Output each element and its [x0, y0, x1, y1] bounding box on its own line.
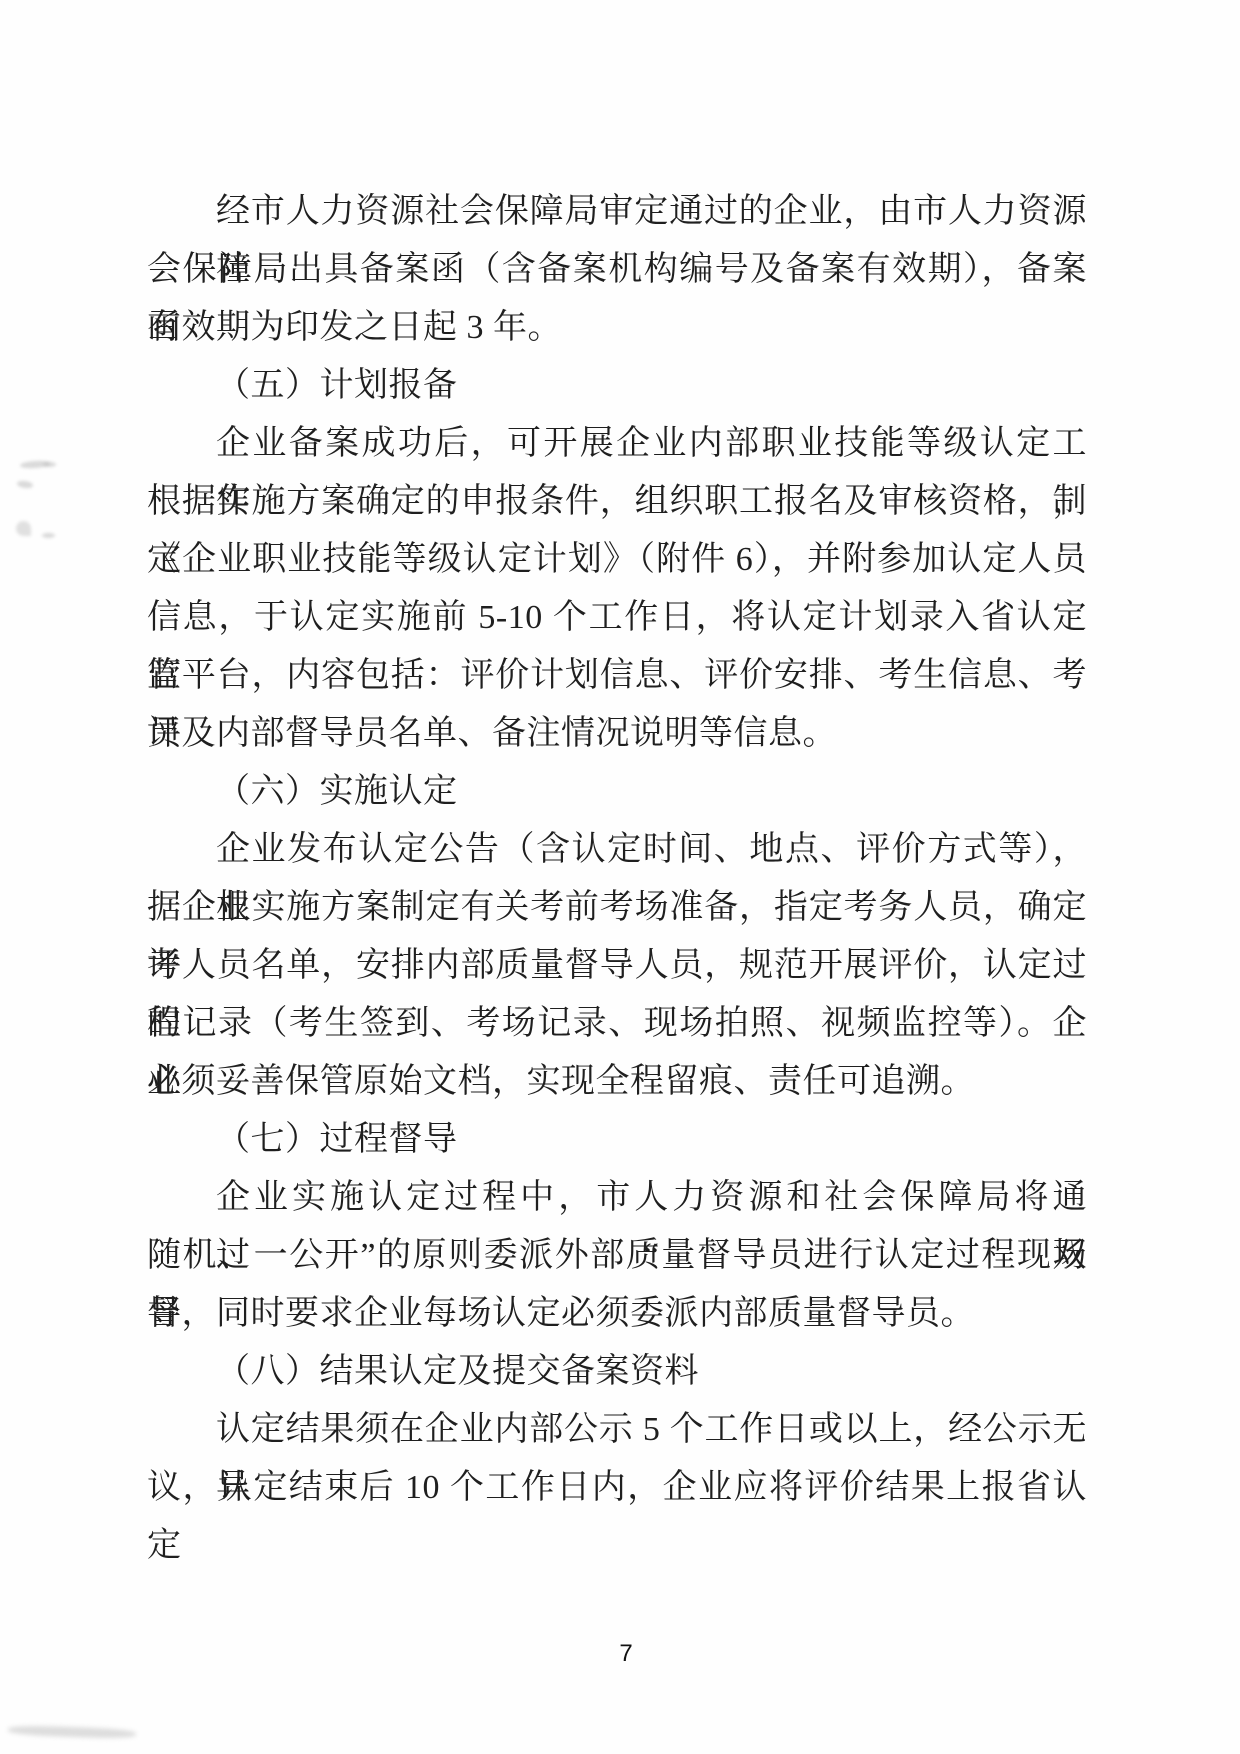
document-body: 经市人力资源社会保障局审定通过的企业，由市人力资源社 会保障局出具备案函（含备案… — [147, 183, 1087, 1517]
text-line: 企业发布认定公告（含认定时间、地点、评价方式等），根 — [147, 821, 1087, 879]
section-heading: （五）计划报备 — [147, 357, 1087, 415]
text-line: 的记录（考生签到、考场记录、现场拍照、视频监控等）。企业 — [147, 995, 1087, 1053]
text-line: 管平台，内容包括：评价计划信息、评价安排、考生信息、考评 — [147, 647, 1087, 705]
text-line: 必须妥善保管原始文档，实现全程留痕、责任可追溯。 — [147, 1053, 1087, 1111]
text-line: 企业实施认定过程中，市人力资源和社会保障局将通过“双 — [147, 1169, 1087, 1227]
text-line: 《企业职业技能等级认定计划》（附件 6），并附参加认定人员 — [147, 531, 1087, 589]
section-heading: （七）过程督导 — [147, 1111, 1087, 1169]
scan-smudge — [43, 462, 56, 467]
section-heading: （八）结果认定及提交备案资料 — [147, 1343, 1087, 1401]
text-line: 信息，于认定实施前 5-10 个工作日，将认定计划录入省认定监 — [147, 589, 1087, 647]
text-line: 认定结果须在企业内部公示 5 个工作日或以上，经公示无异 — [147, 1401, 1087, 1459]
scan-smudge — [42, 533, 55, 538]
text-line: 经市人力资源社会保障局审定通过的企业，由市人力资源社 — [147, 183, 1087, 241]
text-line: 根据实施方案确定的申报条件，组织职工报名及审核资格，制定 — [147, 473, 1087, 531]
page-number: 7 — [614, 1640, 638, 1668]
text-line: 随机、一公开”的原则委派外部质量督导员进行认定过程现场督 — [147, 1227, 1087, 1285]
scan-smudge — [16, 521, 31, 536]
document-page: 经市人力资源社会保障局审定通过的企业，由市人力资源社 会保障局出具备案函（含备案… — [0, 0, 1240, 1754]
text-line: 议，认定结束后 10 个工作日内，企业应将评价结果上报省认定 — [147, 1459, 1087, 1517]
text-line: 评人员名单，安排内部质量督导人员，规范开展评价，认定过程 — [147, 937, 1087, 995]
text-line: 有效期为印发之日起 3 年。 — [147, 299, 1087, 357]
text-line: 导，同时要求企业每场认定必须委派内部质量督导员。 — [147, 1285, 1087, 1343]
text-line: 员及内部督导员名单、备注情况说明等信息。 — [147, 705, 1087, 763]
scan-smudge — [17, 480, 34, 489]
text-line: 据企业实施方案制定有关考前考场准备，指定考务人员，确定考 — [147, 879, 1087, 937]
scan-smudge — [8, 1725, 136, 1739]
text-line: 会保障局出具备案函（含备案机构编号及备案有效期），备案函 — [147, 241, 1087, 299]
section-heading: （六）实施认定 — [147, 763, 1087, 821]
text-line: 企业备案成功后，可开展企业内部职业技能等级认定工作， — [147, 415, 1087, 473]
